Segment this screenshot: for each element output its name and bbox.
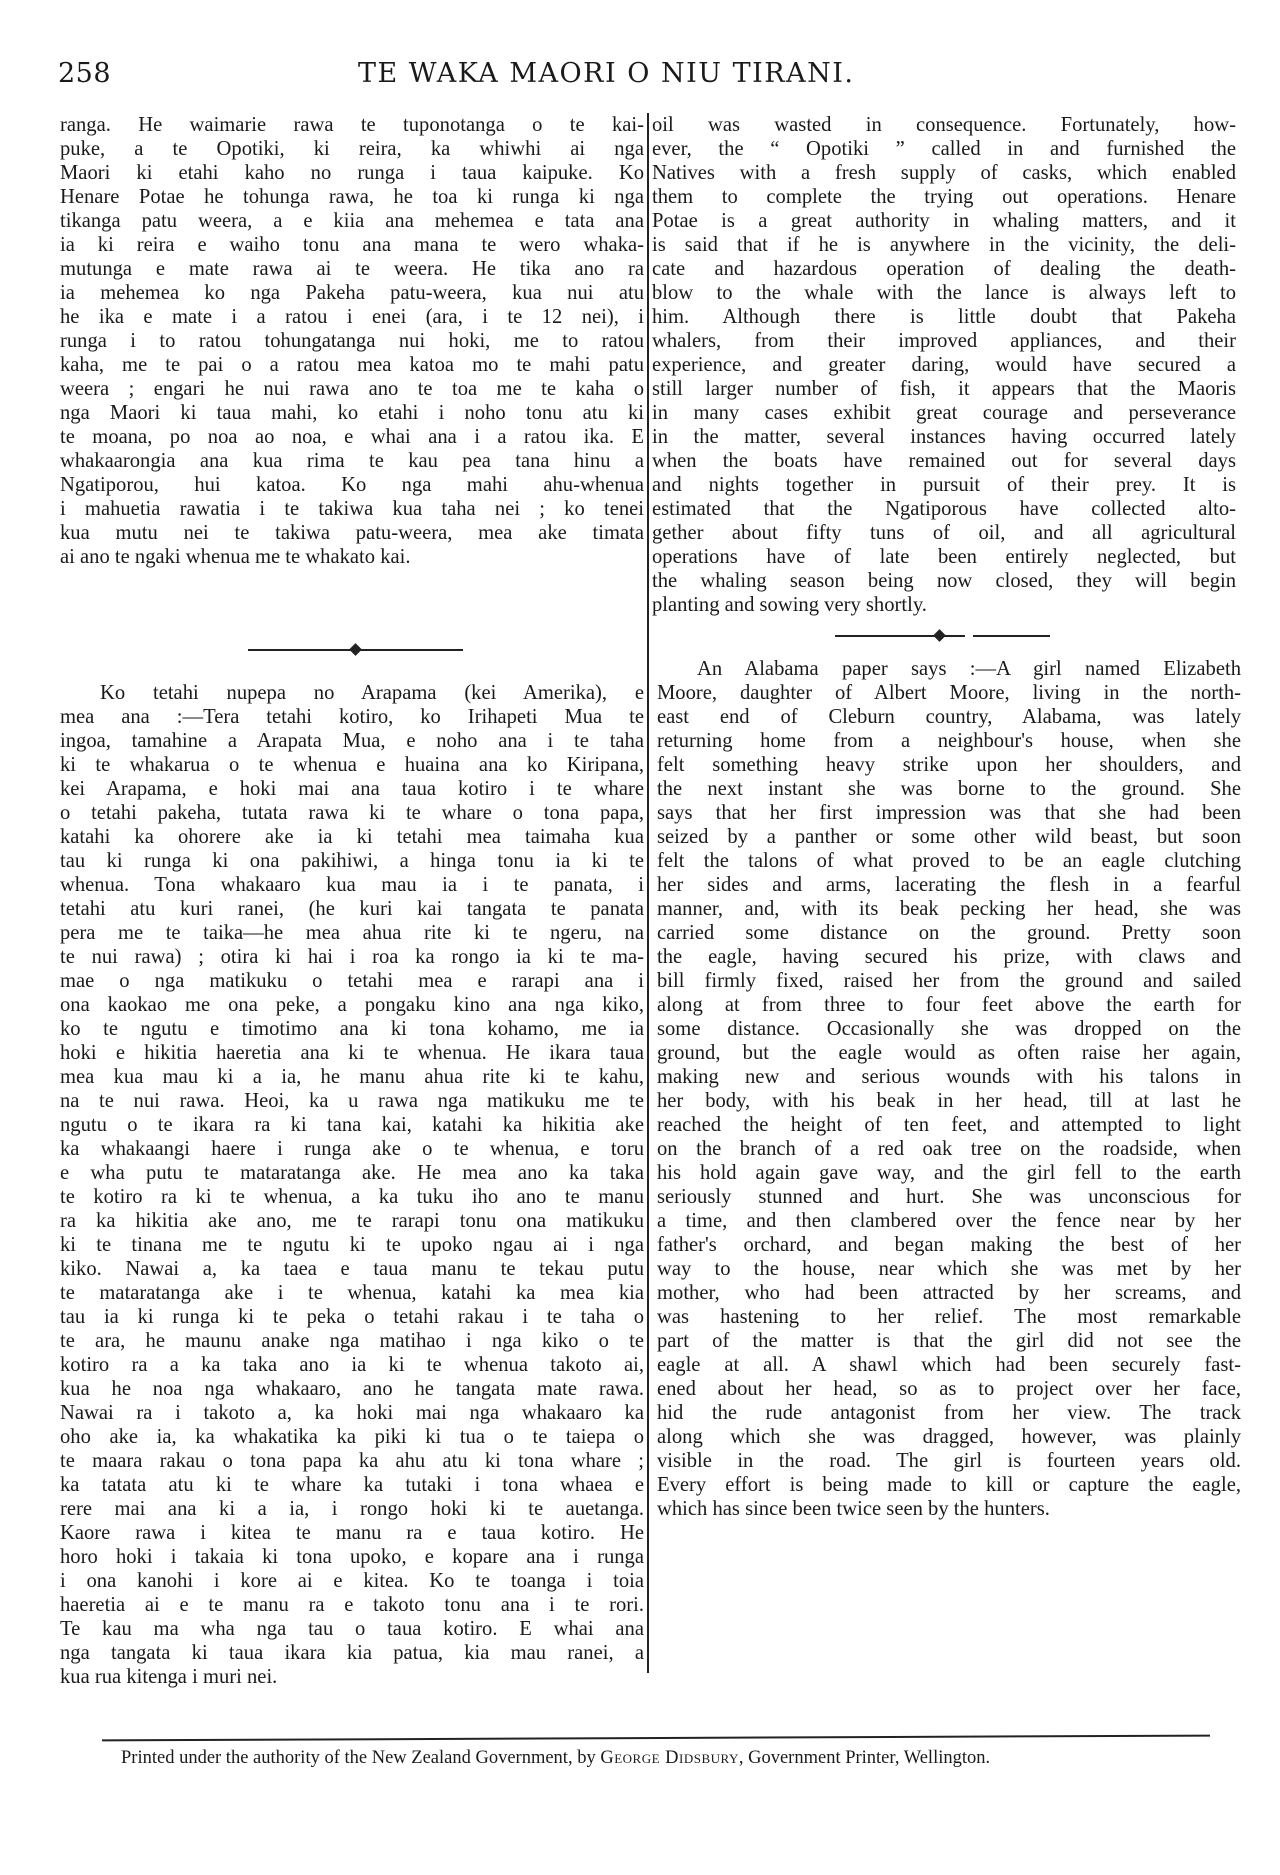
text-line: pera me te taika—he mea ahua rite ki te …	[60, 921, 644, 945]
text-line: him. Although there is little doubt that…	[652, 305, 1236, 329]
text-line: te mataratanga ake i te whenua, katahi k…	[60, 1281, 644, 1305]
text-line: Natives with a fresh supply of casks, wh…	[652, 161, 1236, 185]
text-line: puke, a te Opotiki, ki reira, ka whiwhi …	[60, 137, 644, 161]
text-line: tetahi atu kuri ranei, (he kuri kai tang…	[60, 897, 644, 921]
text-line: e wha putu te mataratanga ake. He mea an…	[60, 1161, 644, 1185]
text-line: Kaore rawa i kitea te manu ra e taua kot…	[60, 1521, 644, 1545]
text-line: part of the matter is that the girl did …	[657, 1329, 1241, 1353]
text-line: ngutu o te ikara ra ki tana kai, katahi …	[60, 1113, 644, 1137]
text-line: he ika e mate i a ratou i enei (ara, i t…	[60, 305, 644, 329]
text-line: reached the height of ten feet, and atte…	[657, 1113, 1241, 1137]
text-line: whakaarongia ana kua rima te kau pea tan…	[60, 449, 644, 473]
text-line: ever, the “ Opotiki ” called in and furn…	[652, 137, 1236, 161]
imprint-post: , Government Printer, Wellington.	[739, 1748, 990, 1768]
text-line: hid the rude antagonist from her view. T…	[657, 1401, 1241, 1425]
text-line: Henare Potae he tohunga rawa, he toa ki …	[60, 185, 644, 209]
text-line: ground, but the eagle would as often rai…	[657, 1041, 1241, 1065]
text-line: kua mutu nei te takiwa patu-weera, mea a…	[60, 521, 644, 545]
text-line: when the boats have remained out for sev…	[652, 449, 1236, 473]
text-line: Maori ki etahi kaho no runga i taua kaip…	[60, 161, 644, 185]
text-line: weera ; engari he nui rawa ano te toa me…	[60, 377, 644, 401]
text-line: manner, and, with its beak pecking her h…	[657, 897, 1241, 921]
text-line: cate and hazardous operation of dealing …	[652, 257, 1236, 281]
text-line: ko te ngutu e timotimo ana ki tona koham…	[60, 1017, 644, 1041]
text-line: visible in the road. The girl is fourtee…	[657, 1449, 1241, 1473]
text-line: nga tangata ki taua ikara kia patua, kia…	[60, 1641, 644, 1665]
right-article-whaling-english: oil was wasted in consequence. Fortunate…	[652, 113, 1236, 617]
running-title: TE WAKA MAORI O NIU TIRANI.	[358, 58, 854, 89]
text-line: a time, and then clambered over the fenc…	[657, 1209, 1241, 1233]
text-line: Te kau ma wha nga tau o taua kotiro. E w…	[60, 1617, 644, 1641]
text-line: eagle at all. A shawl which had been sec…	[657, 1353, 1241, 1377]
text-line: whenua. Tona whakaaro kua mau ia i te pa…	[60, 873, 644, 897]
text-line: ka whakaangi haere i runga ake o te when…	[60, 1137, 644, 1161]
left-article-eagle-maori: Ko tetahi nupepa no Arapama (kei Amerika…	[60, 681, 644, 1689]
text-line: i mahuetia rawatia i te takiwa kua taha …	[60, 497, 644, 521]
text-line: on the branch of a red oak tree on the r…	[657, 1137, 1241, 1161]
text-line: nga Maori ki taua mahi, ko etahi i noho …	[60, 401, 644, 425]
text-line: Every effort is being made to kill or ca…	[657, 1473, 1241, 1497]
text-line: making new and serious wounds with his t…	[657, 1065, 1241, 1089]
text-line: tikanga patu weera, a e kiia ana mehemea…	[60, 209, 644, 233]
text-line: was hastening to her relief. The most re…	[657, 1305, 1241, 1329]
text-line: kaha, me te pai o a ratou mea katoa mo t…	[60, 353, 644, 377]
text-line: in many cases exhibit great courage and …	[652, 401, 1236, 425]
text-line: te nui rawa) ; otira ki hai i roa ka ron…	[60, 945, 644, 969]
text-line: te moana, po noa ao noa, e whai ana i a …	[60, 425, 644, 449]
text-line: them to complete the trying out operatio…	[652, 185, 1236, 209]
text-line: blow to the whale with the lance is alwa…	[652, 281, 1236, 305]
text-line: experience, and greater daring, would ha…	[652, 353, 1236, 377]
text-line: felt something heavy strike upon her sho…	[657, 753, 1241, 777]
text-line: carried some distance on the ground. Pre…	[657, 921, 1241, 945]
text-line: katahi ka ohorere ake ia ki tetahi mea t…	[60, 825, 644, 849]
page-header: 258 TE WAKA MAORI O NIU TIRANI.	[58, 58, 1198, 98]
text-line: Ngatiporou, hui katoa. Ko nga mahi ahu-w…	[60, 473, 644, 497]
text-line: her sides and arms, lacerating the flesh…	[657, 873, 1241, 897]
text-line: Nawai ra i takoto a, ka hoki mai nga wha…	[60, 1401, 644, 1425]
text-line: seized by a panther or some other wild b…	[657, 825, 1241, 849]
text-line: returning home from a neighbour's house,…	[657, 729, 1241, 753]
text-line: mea ana :—Tera tetahi kotiro, ko Irihape…	[60, 705, 644, 729]
text-line: rere mai ana ki a ia, i rongo hoki ki te…	[60, 1497, 644, 1521]
text-line: Potae is a great authority in whaling ma…	[652, 209, 1236, 233]
text-line: oil was wasted in consequence. Fortunate…	[652, 113, 1236, 137]
text-line: te kotiro ra ki te whenua, a ka tuku iho…	[60, 1185, 644, 1209]
text-line: te maara rakau o tona papa ka ahu atu ki…	[60, 1449, 644, 1473]
text-line: ened about her head, so as to project ov…	[657, 1377, 1241, 1401]
text-line: bill firmly fixed, raised her from the g…	[657, 969, 1241, 993]
text-line: hoki e hikitia haeretia ana ki te whenua…	[60, 1041, 644, 1065]
text-line: ra ka hikitia ake ano, me te rarapi tonu…	[60, 1209, 644, 1233]
text-line: operations have of late been entirely ne…	[652, 545, 1236, 569]
text-line: oho ake ia, ka whakatika ka piki ki tua …	[60, 1425, 644, 1449]
text-line: his hold again gave way, and the girl fe…	[657, 1161, 1241, 1185]
text-line: runga i to ratou tohungatanga nui hoki, …	[60, 329, 644, 353]
text-line: ka tatata atu ki te whare ka tutaki i to…	[60, 1473, 644, 1497]
printer-imprint: Printed under the authority of the New Z…	[121, 1748, 990, 1769]
text-line: seriously stunned and hurt. She was unco…	[657, 1185, 1241, 1209]
page-number: 258	[58, 58, 111, 89]
text-line: along which she was dragged, however, wa…	[657, 1425, 1241, 1449]
text-line: which has since been twice seen by the h…	[657, 1497, 1241, 1521]
text-line: kua rua kitenga i muri nei.	[60, 1665, 644, 1689]
text-line: Moore, daughter of Albert Moore, living …	[657, 681, 1241, 705]
text-line: still larger number of fish, it appears …	[652, 377, 1236, 401]
text-line: her body, with his beak in her head, til…	[657, 1089, 1241, 1113]
text-line: te ara, he maunu anake nga matihao i nga…	[60, 1329, 644, 1353]
footer-rule	[102, 1735, 1210, 1742]
text-line: the next instant she was borne to the gr…	[657, 777, 1241, 801]
newspaper-page: 258 TE WAKA MAORI O NIU TIRANI. ranga. H…	[0, 0, 1280, 1875]
text-line: ai ano te ngaki whenua me te whakato kai…	[60, 545, 644, 569]
section-divider-right	[835, 631, 1050, 641]
text-line: ranga. He waimarie rawa te tuponotanga o…	[60, 113, 644, 137]
text-line: whalers, from their improved appliances,…	[652, 329, 1236, 353]
text-line: along at from three to four feet above t…	[657, 993, 1241, 1017]
text-line: planting and sowing very shortly.	[652, 593, 1236, 617]
text-line: ona kaokao me ona peke, a pongaku kino a…	[60, 993, 644, 1017]
column-divider-rule	[647, 113, 649, 1673]
text-line: kotiro ra a ka taka ano ia ki te whenua …	[60, 1353, 644, 1377]
text-line: the whaling season being now closed, the…	[652, 569, 1236, 593]
left-article-whaling-maori: ranga. He waimarie rawa te tuponotanga o…	[60, 113, 644, 569]
text-line: the eagle, having secured his prize, wit…	[657, 945, 1241, 969]
imprint-pre: Printed under the authority of the New Z…	[121, 1748, 600, 1768]
text-line: way to the house, near which she was met…	[657, 1257, 1241, 1281]
text-line: and nights together in pursuit of their …	[652, 473, 1236, 497]
text-line: mae o nga matikuku o tetahi mea e rarapi…	[60, 969, 644, 993]
text-line: ia mehemea ko nga Pakeha patu-weera, kua…	[60, 281, 644, 305]
text-line: ki te whakarua o te whenua e huaina ana …	[60, 753, 644, 777]
text-line: tau ia ki runga ki te peka o tetahi raka…	[60, 1305, 644, 1329]
text-line: haeretia ai e te manu ra e takoto tonu a…	[60, 1593, 644, 1617]
text-line: some distance. Occasionally she was drop…	[657, 1017, 1241, 1041]
text-line: horo hoki i takaia ki tona upoko, e kopa…	[60, 1545, 644, 1569]
text-line: kei Arapama, e hoki mai ana taua kotiro …	[60, 777, 644, 801]
text-line: is said that if he is anywhere in the vi…	[652, 233, 1236, 257]
text-line: na te nui rawa. Heoi, ka u rawa nga mati…	[60, 1089, 644, 1113]
printer-name: George Didsbury	[600, 1748, 739, 1768]
text-line: says that her first impression was that …	[657, 801, 1241, 825]
text-line: mutunga e mate rawa ai te weera. He tika…	[60, 257, 644, 281]
text-line: An Alabama paper says :—A girl named Eli…	[657, 657, 1241, 681]
text-line: father's orchard, and began making the b…	[657, 1233, 1241, 1257]
text-line: kua he noa nga whakaaro, ano he tangata …	[60, 1377, 644, 1401]
text-line: estimated that the Ngatiporous have coll…	[652, 497, 1236, 521]
text-line: felt the talons of what proved to be an …	[657, 849, 1241, 873]
text-line: mea kua mau ki a ia, he manu ahua rite k…	[60, 1065, 644, 1089]
text-line: ingoa, tamahine a Arapata Mua, e noho an…	[60, 729, 644, 753]
text-line: ia ki reira e waiho tonu ana mana te wer…	[60, 233, 644, 257]
text-line: east end of Cleburn country, Alabama, wa…	[657, 705, 1241, 729]
section-divider-left	[248, 645, 463, 655]
text-line: i ona kanohi i kore ai e kitea. Ko te to…	[60, 1569, 644, 1593]
right-article-eagle-english: An Alabama paper says :—A girl named Eli…	[657, 657, 1241, 1521]
text-line: o tetahi pakeha, tutata rawa ki te whare…	[60, 801, 644, 825]
text-line: Ko tetahi nupepa no Arapama (kei Amerika…	[60, 681, 644, 705]
text-line: kiko. Nawai a, ka taea e taua manu te te…	[60, 1257, 644, 1281]
text-line: mother, who had been attracted by her sc…	[657, 1281, 1241, 1305]
text-line: ki te tinana me te ngutu ki te upoko nga…	[60, 1233, 644, 1257]
text-line: gether about fifty tuns of oil, and all …	[652, 521, 1236, 545]
text-line: tau ki runga ki ona pakihiwi, a hinga to…	[60, 849, 644, 873]
text-line: in the matter, several instances having …	[652, 425, 1236, 449]
